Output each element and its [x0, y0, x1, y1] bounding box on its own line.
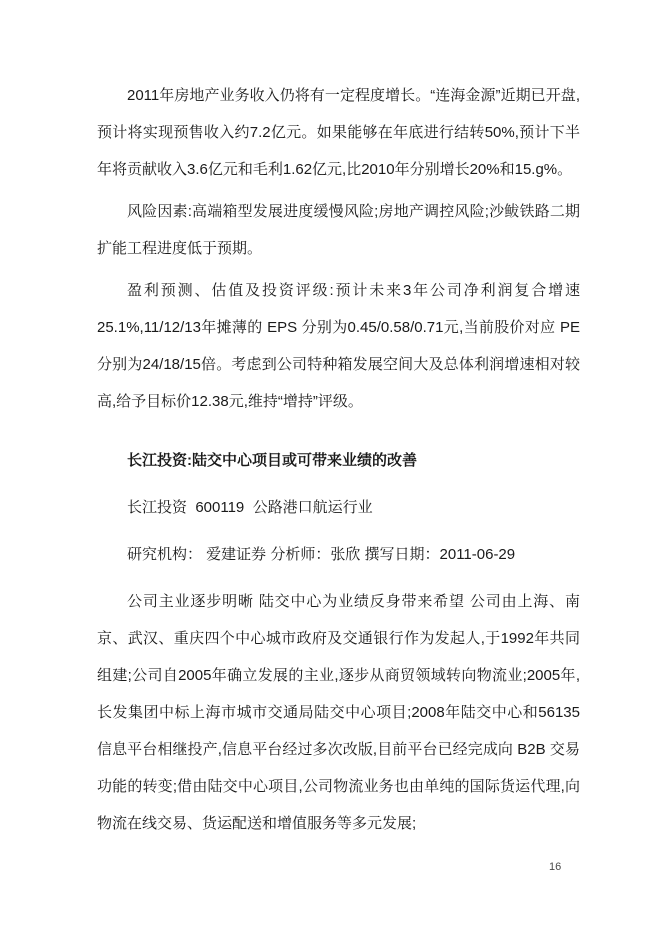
paragraph-valuation-rating: 盈利预测、估值及投资评级:预计未来3年公司净利润复合增速25.1%,11/12/…: [97, 272, 580, 420]
document-page: 2011年房地产业务收入仍将有一定程度增长。“连海金源”近期已开盘,预计将实现预…: [0, 0, 661, 935]
research-meta-line: 研究机构： 爱建证券 分析师：张欣 撰写日期：2011-06-29: [97, 536, 580, 573]
page-number: 16: [549, 860, 561, 874]
company-info-line: 长江投资 600119 公路港口航运行业: [97, 489, 580, 526]
report-heading: 长江投资:陆交中心项目或可带来业绩的改善: [97, 442, 580, 479]
document-body: 2011年房地产业务收入仍将有一定程度增长。“连海金源”近期已开盘,预计将实现预…: [97, 77, 580, 847]
paragraph-risk-factors: 风险因素:高端箱型发展进度缓慢风险;房地产调控风险;沙鲅铁路二期扩能工程进度低于…: [97, 193, 580, 267]
paragraph-revenue-forecast: 2011年房地产业务收入仍将有一定程度增长。“连海金源”近期已开盘,预计将实现预…: [97, 77, 580, 188]
paragraph-company-overview: 公司主业逐步明晰 陆交中心为业绩反身带来希望 公司由上海、南京、武汉、重庆四个中…: [97, 583, 580, 842]
